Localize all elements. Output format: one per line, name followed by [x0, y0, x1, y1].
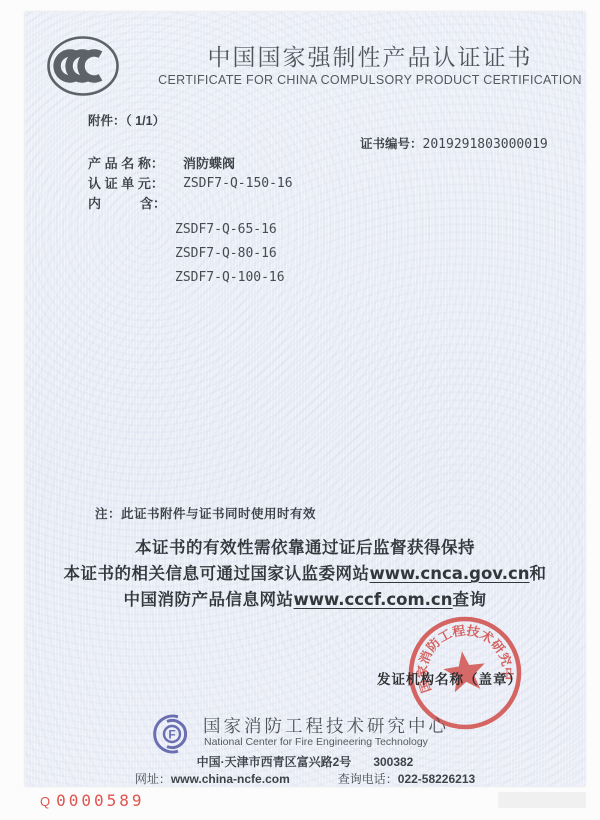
field-label: 认 证 单 元：	[88, 174, 183, 194]
certificate-title-en: CERTIFICATE FOR CHINA COMPULSORY PRODUCT…	[135, 73, 600, 87]
svg-text:F: F	[168, 728, 175, 742]
statement-text: 查询	[452, 591, 486, 609]
attachment-indicator: 附件：（ 1/1）	[88, 111, 165, 129]
certificate-number-line: 证书编号：2019291803000019	[360, 134, 548, 152]
scan-smudge	[498, 792, 586, 808]
certificate-serial-number: Q0000589	[40, 791, 145, 811]
cnca-website-link: www.cnca.gov.cn	[369, 564, 529, 583]
certificate-number-value: 2019291803000019	[423, 137, 548, 152]
field-certification-unit: 认 证 单 元： ZSDF7-Q-150-16	[88, 174, 508, 194]
phone-label: 查询电话：	[338, 772, 398, 786]
issuer-phone: 022-58226213	[398, 772, 475, 786]
statement-line-1: 本证书的有效性需依靠通过证后监督获得保持	[25, 535, 585, 561]
issuer-address-line: 中国·天津市西青区富兴路2号300382	[25, 753, 585, 770]
certificate-fields: 产 品 名 称： 消防蝶阀 认 证 单 元： ZSDF7-Q-150-16 内 …	[88, 154, 508, 214]
validity-note: 注：此证书附件与证书同时使用时有效	[95, 504, 316, 522]
model-item: ZSDF7-Q-65-16	[175, 218, 285, 242]
issuing-authority-label: 发证机构名称（盖章）	[377, 668, 587, 688]
issuer-name-zh: 国家消防工程技术研究中心	[203, 713, 449, 738]
issuer-contact-line: 网址：www.china-ncfe.com查询电话：022-58226213	[25, 770, 585, 787]
cccf-website-link: www.cccf.com.cn	[294, 590, 453, 609]
serial-prefix: Q	[40, 794, 56, 809]
statement-line-2: 本证书的相关信息可通过国家认监委网站www.cnca.gov.cn和	[25, 561, 585, 587]
certificate-paper: 中国国家强制性产品认证证书 CERTIFICATE FOR CHINA COMP…	[25, 12, 585, 786]
field-label: 产 品 名 称：	[88, 154, 183, 174]
issuer-website: www.china-ncfe.com	[171, 772, 290, 786]
included-model-list: ZSDF7-Q-65-16 ZSDF7-Q-80-16 ZSDF7-Q-100-…	[175, 218, 285, 290]
field-value: ZSDF7-Q-150-16	[183, 174, 293, 194]
certificate-title-zh: 中国国家强制性产品认证证书	[175, 39, 565, 72]
statement-text: 中国消防产品信息网站	[124, 591, 294, 609]
certificate-number-label: 证书编号：	[360, 137, 423, 151]
website-label: 网址：	[135, 772, 171, 786]
issuer-postcode: 300382	[373, 755, 413, 769]
field-product-name: 产 品 名 称： 消防蝶阀	[88, 154, 508, 174]
issuer-name-en: National Center for Fire Engineering Tec…	[204, 736, 428, 748]
ncfe-logo-icon: F	[150, 712, 194, 756]
model-item: ZSDF7-Q-100-16	[175, 266, 285, 290]
statement-block: 本证书的有效性需依靠通过证后监督获得保持 本证书的相关信息可通过国家认监委网站w…	[25, 535, 585, 613]
statement-text: 本证书的相关信息可通过国家认监委网站	[63, 565, 369, 583]
field-value: 消防蝶阀	[183, 154, 235, 174]
issuer-address: 中国·天津市西青区富兴路2号	[197, 755, 352, 769]
field-included: 内 含：	[88, 194, 508, 214]
field-label: 内 含：	[88, 194, 183, 214]
serial-digits: 0000589	[56, 791, 144, 810]
model-item: ZSDF7-Q-80-16	[175, 242, 285, 266]
ccc-mark-icon	[45, 34, 121, 98]
statement-text: 和	[530, 565, 547, 583]
